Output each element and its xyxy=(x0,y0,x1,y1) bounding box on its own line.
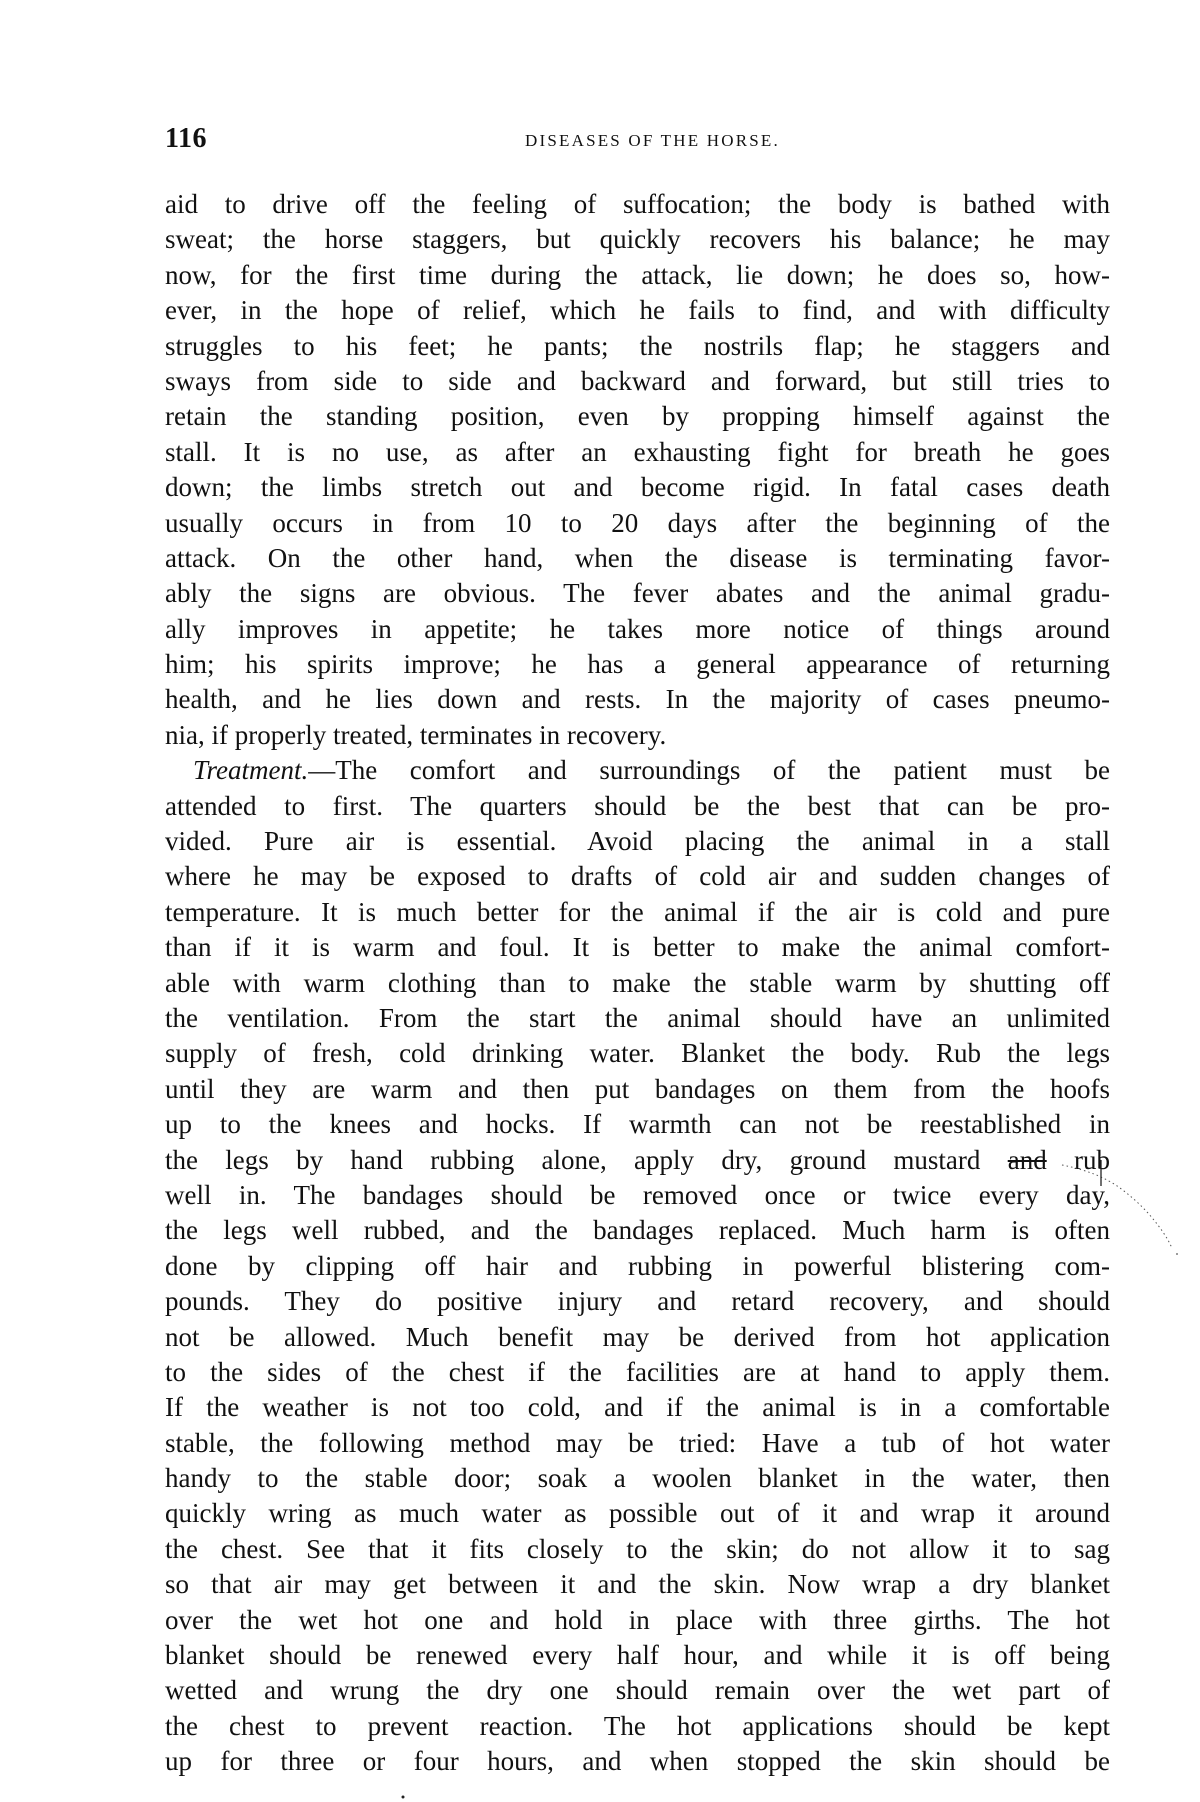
text-line: wetted and wrung the dry one should rema… xyxy=(165,1673,1110,1708)
text-line: If the weather is not too cold, and if t… xyxy=(165,1390,1110,1425)
text-line: sweat; the horse staggers, but quickly r… xyxy=(165,222,1110,257)
running-title: DISEASES OF THE HORSE. xyxy=(165,126,1110,156)
text-line-end: rub xyxy=(1074,1145,1110,1175)
text-line: supply of fresh, cold drinking water. Bl… xyxy=(165,1036,1110,1071)
book-page: 116 DISEASES OF THE HORSE. aid to drive … xyxy=(0,0,1200,1802)
text-line: to the sides of the chest if the facilit… xyxy=(165,1355,1110,1390)
text-line: up for three or four hours, and when sto… xyxy=(165,1744,1110,1779)
text-line: temperature. It is much better for the a… xyxy=(165,895,1110,930)
text-line: the chest. See that it fits closely to t… xyxy=(165,1532,1110,1567)
text-line: struggles to his feet; he pants; the nos… xyxy=(165,329,1110,364)
running-head: 116 DISEASES OF THE HORSE. xyxy=(165,122,1110,156)
text-line: ally improves in appetite; he takes more… xyxy=(165,612,1110,647)
treatment-heading: Treatment. xyxy=(193,755,308,785)
body-text: aid to drive off the feeling of suffocat… xyxy=(165,187,1110,1780)
text-line: well in. The bandages should be removed … xyxy=(165,1178,1110,1213)
text-line: quickly wring as much water as possible … xyxy=(165,1496,1110,1531)
text-line: usually occurs in from 10 to 20 days aft… xyxy=(165,506,1110,541)
text-line: aid to drive off the feeling of suffocat… xyxy=(165,187,1110,222)
text-line: down; the limbs stretch out and become r… xyxy=(165,470,1110,505)
text-line: now, for the first time during the attac… xyxy=(165,258,1110,293)
annotated-line: the legs by hand rubbing alone, apply dr… xyxy=(165,1143,1110,1178)
text-line: the legs by hand rubbing alone, apply dr… xyxy=(165,1145,980,1175)
text-line: handy to the stable door; soak a woolen … xyxy=(165,1461,1110,1496)
text-line: the ventilation. From the start the anim… xyxy=(165,1001,1110,1036)
text-line: until they are warm and then put bandage… xyxy=(165,1072,1110,1107)
text-line: not be allowed. Much benefit may be deri… xyxy=(165,1320,1110,1355)
text-line: done by clipping off hair and rubbing in… xyxy=(165,1249,1110,1284)
treatment-paragraph-start: Treatment.—The comfort and surroundings … xyxy=(165,753,1110,788)
text-line: —The comfort and surroundings of the pat… xyxy=(308,755,1110,785)
text-line: so that air may get between it and the s… xyxy=(165,1567,1110,1602)
text-line: the legs well rubbed, and the bandages r… xyxy=(165,1213,1110,1248)
text-line: him; his spirits improve; he has a gener… xyxy=(165,647,1110,682)
paragraph-end-line: nia, if properly treated, terminates in … xyxy=(165,718,1110,753)
text-line: pounds. They do positive injury and reta… xyxy=(165,1284,1110,1319)
text-line: stall. It is no use, as after an exhaust… xyxy=(165,435,1110,470)
text-line: vided. Pure air is essential. Avoid plac… xyxy=(165,824,1110,859)
text-line: retain the standing position, even by pr… xyxy=(165,399,1110,434)
text-line: health, and he lies down and rests. In t… xyxy=(165,682,1110,717)
text-line: ably the signs are obvious. The fever ab… xyxy=(165,576,1110,611)
text-line: where he may be exposed to drafts of col… xyxy=(165,859,1110,894)
text-line: sways from side to side and backward and… xyxy=(165,364,1110,399)
text-line: ever, in the hope of relief, which he fa… xyxy=(165,293,1110,328)
text-line: blanket should be renewed every half hou… xyxy=(165,1638,1110,1673)
struck-word: and xyxy=(1008,1145,1047,1175)
text-line: attack. On the other hand, when the dise… xyxy=(165,541,1110,576)
text-line: attended to first. The quarters should b… xyxy=(165,789,1110,824)
text-line: the chest to prevent reaction. The hot a… xyxy=(165,1709,1110,1744)
text-line: up to the knees and hocks. If warmth can… xyxy=(165,1107,1110,1142)
text-line: over the wet hot one and hold in place w… xyxy=(165,1603,1110,1638)
text-line: stable, the following method may be trie… xyxy=(165,1426,1110,1461)
text-line: than if it is warm and foul. It is bette… xyxy=(165,930,1110,965)
text-line: able with warm clothing than to make the… xyxy=(165,966,1110,1001)
